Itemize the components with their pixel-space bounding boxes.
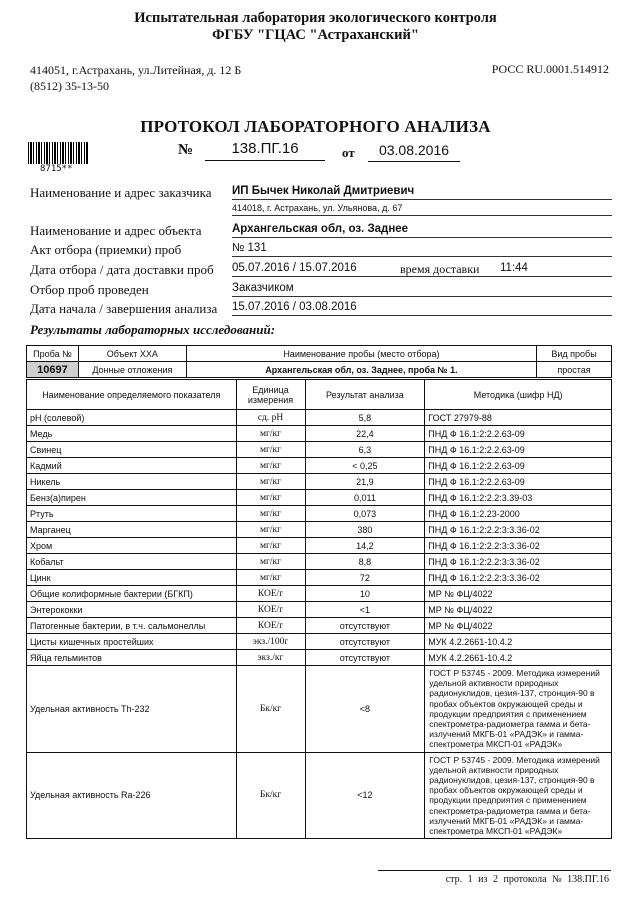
header-method: Методика (шифр НД) [425, 380, 612, 410]
lab-phone: (8512) 35-13-50 [30, 78, 241, 94]
parameter-cell: Удельная активность Ra-226 [27, 752, 237, 839]
unit-cell: мг/кг [236, 458, 305, 474]
parameter-cell: Кадмий [27, 458, 237, 474]
unit-cell: КОЕ/г [236, 602, 305, 618]
number-sign: № [178, 142, 193, 159]
header-sample-type: Вид пробы [537, 346, 612, 362]
parameter-cell: Никель [27, 474, 237, 490]
method-cell: ПНД Ф 16.1:2:2.2.63-09 [425, 474, 612, 490]
result-cell: 6,3 [305, 442, 425, 458]
table-row: Медьмг/кг22,4ПНД Ф 16.1:2:2.2.63-09 [27, 426, 612, 442]
customer-label: Наименование и адрес заказчика [30, 185, 212, 201]
parameter-cell: Патогенные бактерии, в т.ч. сальмонеллы [27, 618, 237, 634]
unit-cell: мг/кг [236, 554, 305, 570]
header-result: Результат анализа [305, 380, 425, 410]
parameter-cell: Медь [27, 426, 237, 442]
table-row: Ртутьмг/кг0,073ПНД Ф 16.1:2.23-2000 [27, 506, 612, 522]
parameter-cell: pH (солевой) [27, 410, 237, 426]
result-cell: 0,011 [305, 490, 425, 506]
unit-cell: Бк/кг [236, 666, 305, 753]
table-row: Цисты кишечных простейшихэкз./100готсутс… [27, 634, 612, 650]
delivery-time-value: 11:44 [500, 262, 528, 274]
result-cell: 380 [305, 522, 425, 538]
sample-type: простая [537, 362, 612, 378]
unit-cell: КОЕ/г [236, 586, 305, 602]
object-label: Наименование и адрес объекта [30, 223, 201, 239]
table-row: Удельная активность Ra-226Бк/кг<12ГОСТ Р… [27, 752, 612, 839]
results-title: Результаты лабораторных исследований: [30, 322, 275, 338]
unit-cell: мг/кг [236, 506, 305, 522]
analysis-dates-label: Дата начала / завершения анализа [30, 301, 217, 317]
table-row: Свинецмг/кг6,3ПНД Ф 16.1:2:2.2.63-09 [27, 442, 612, 458]
results-table: Наименование определяемого показателя Ед… [26, 379, 612, 839]
parameter-cell: Марганец [27, 522, 237, 538]
sampling-date-label: Дата отбора / дата доставки проб [30, 262, 214, 278]
unit-cell: экз./кг [236, 650, 305, 666]
accreditation-number: РОСС RU.0001.514912 [492, 62, 609, 77]
table-row: Марганецмг/кг380ПНД Ф 16.1:2:2.2:3:3.36-… [27, 522, 612, 538]
header-unit: Единица измерения [236, 380, 305, 410]
lab-name: Испытательная лаборатория экологического… [0, 10, 631, 27]
result-cell: 5,8 [305, 410, 425, 426]
parameter-cell: Свинец [27, 442, 237, 458]
header-sample-no: Проба № [27, 346, 79, 362]
table-row: Общие колиформные бактерии (БГКП)КОЕ/г10… [27, 586, 612, 602]
sample-number: 10697 [27, 362, 79, 378]
table-row: Цинкмг/кг72ПНД Ф 16.1:2:2.2:3:3.36-02 [27, 570, 612, 586]
method-cell: ПНД Ф 16.1:2:2.2.63-09 [425, 458, 612, 474]
method-cell: ПНД Ф 16.1:2:2.2:3:3.36-02 [425, 554, 612, 570]
parameter-cell: Ртуть [27, 506, 237, 522]
barcode-text: 8715** [40, 164, 73, 174]
method-cell: МУК 4.2.2661-10.4.2 [425, 634, 612, 650]
parameter-cell: Общие колиформные бактерии (БГКП) [27, 586, 237, 602]
result-cell: отсутствуют [305, 618, 425, 634]
method-cell: ГОСТ Р 53745 - 2009. Методика измерений … [425, 666, 612, 753]
table-row: Кадмиймг/кг< 0,25ПНД Ф 16.1:2:2.2.63-09 [27, 458, 612, 474]
result-cell: 22,4 [305, 426, 425, 442]
table-row: Удельная активность Th-232Бк/кг<8ГОСТ Р … [27, 666, 612, 753]
result-cell: 0,073 [305, 506, 425, 522]
result-cell: <1 [305, 602, 425, 618]
unit-cell: экз./100г [236, 634, 305, 650]
result-cell: отсутствуют [305, 650, 425, 666]
delivery-time-label: время доставки [400, 262, 479, 277]
result-cell: 10 [305, 586, 425, 602]
result-cell: <8 [305, 666, 425, 753]
lab-header: Испытательная лаборатория экологического… [0, 10, 631, 44]
unit-cell: сд. pH [236, 410, 305, 426]
unit-cell: мг/кг [236, 442, 305, 458]
results-header-row: Наименование определяемого показателя Ед… [27, 380, 612, 410]
table-row: pH (солевой)сд. pH5,8ГОСТ 27979-88 [27, 410, 612, 426]
parameter-cell: Кобальт [27, 554, 237, 570]
sample-header-row: Проба № Объект ХХА Наименование пробы (м… [27, 346, 612, 362]
lab-org: ФГБУ "ГЦАС "Астраханский" [0, 27, 631, 44]
parameter-cell: Энтерококки [27, 602, 237, 618]
unit-cell: мг/кг [236, 490, 305, 506]
protocol-date: 03.08.2016 [368, 142, 460, 162]
footer-divider [378, 870, 611, 871]
method-cell: МР № ФЦ/4022 [425, 602, 612, 618]
sampled-by-label: Отбор проб проведен [30, 282, 149, 298]
date-prefix: от [342, 145, 355, 161]
result-cell: 14,2 [305, 538, 425, 554]
page-footer: стр. 1 из 2 протокола № 138.ПГ.16 [446, 874, 609, 885]
parameter-cell: Удельная активность Th-232 [27, 666, 237, 753]
parameter-cell: Хром [27, 538, 237, 554]
header-parameter: Наименование определяемого показателя [27, 380, 237, 410]
unit-cell: мг/кг [236, 522, 305, 538]
table-row: Кобальтмг/кг8,8ПНД Ф 16.1:2:2.2:3:3.36-0… [27, 554, 612, 570]
parameter-cell: Бенз(а)пирен [27, 490, 237, 506]
analysis-dates-value: 15.07.2016 / 03.08.2016 [232, 301, 612, 316]
protocol-number: 138.ПГ.16 [205, 140, 325, 161]
method-cell: ПНД Ф 16.1:2:2.2:3:3.36-02 [425, 570, 612, 586]
result-cell: < 0,25 [305, 458, 425, 474]
customer-address: 414018, г. Астрахань, ул. Ульянова, д. 6… [232, 203, 612, 216]
unit-cell: мг/кг [236, 426, 305, 442]
result-cell: <12 [305, 752, 425, 839]
lab-address: 414051, г.Астрахань, ул.Литейная, д. 12 … [30, 62, 241, 78]
unit-cell: мг/кг [236, 570, 305, 586]
result-cell: 8,8 [305, 554, 425, 570]
method-cell: ГОСТ 27979-88 [425, 410, 612, 426]
barcode-icon [28, 142, 88, 164]
object-value: Архангельская обл, оз. Заднее [232, 223, 612, 238]
table-row: Патогенные бактерии, в т.ч. сальмонеллыК… [27, 618, 612, 634]
result-cell: отсутствуют [305, 634, 425, 650]
unit-cell: мг/кг [236, 474, 305, 490]
method-cell: ПНД Ф 16.1:2:2.2.63-09 [425, 442, 612, 458]
act-label: Акт отбора (приемки) проб [30, 242, 181, 258]
method-cell: ГОСТ Р 53745 - 2009. Методика измерений … [425, 752, 612, 839]
sampled-by-value: Заказчиком [232, 282, 612, 297]
method-cell: ПНД Ф 16.1:2:2.2:3:3.36-02 [425, 522, 612, 538]
parameter-cell: Цисты кишечных простейших [27, 634, 237, 650]
unit-cell: КОЕ/г [236, 618, 305, 634]
protocol-title: ПРОТОКОЛ ЛАБОРАТОРНОГО АНАЛИЗА [0, 117, 631, 137]
customer-name: ИП Бычек Николай Дмитриевич [232, 185, 612, 200]
sample-name: Архангельская обл, оз. Заднее, проба № 1… [186, 362, 536, 378]
table-row: ЭнтерококкиКОЕ/г<1МР № ФЦ/4022 [27, 602, 612, 618]
result-cell: 21,9 [305, 474, 425, 490]
method-cell: ПНД Ф 16.1:2:2.2:3:3.36-02 [425, 538, 612, 554]
result-cell: 72 [305, 570, 425, 586]
unit-cell: мг/кг [236, 538, 305, 554]
lab-contacts: 414051, г.Астрахань, ул.Литейная, д. 12 … [30, 62, 241, 94]
sample-table: Проба № Объект ХХА Наименование пробы (м… [26, 345, 612, 378]
unit-cell: Бк/кг [236, 752, 305, 839]
method-cell: МР № ФЦ/4022 [425, 618, 612, 634]
sample-object: Донные отложения [78, 362, 186, 378]
table-row: Яйца гельминтовэкз./кготсутствуютМУК 4.2… [27, 650, 612, 666]
table-row: Никельмг/кг21,9ПНД Ф 16.1:2:2.2.63-09 [27, 474, 612, 490]
table-row: Хроммг/кг14,2ПНД Ф 16.1:2:2.2:3:3.36-02 [27, 538, 612, 554]
parameter-cell: Цинк [27, 570, 237, 586]
method-cell: МУК 4.2.2661-10.4.2 [425, 650, 612, 666]
method-cell: МР № ФЦ/4022 [425, 586, 612, 602]
method-cell: ПНД Ф 16.1:2.23-2000 [425, 506, 612, 522]
header-object: Объект ХХА [78, 346, 186, 362]
method-cell: ПНД Ф 16.1:2:2.2:3.39-03 [425, 490, 612, 506]
sample-row: 10697 Донные отложения Архангельская обл… [27, 362, 612, 378]
method-cell: ПНД Ф 16.1:2:2.2.63-09 [425, 426, 612, 442]
parameter-cell: Яйца гельминтов [27, 650, 237, 666]
table-row: Бенз(а)пиренмг/кг0,011ПНД Ф 16.1:2:2.2:3… [27, 490, 612, 506]
act-value: № 131 [232, 242, 612, 257]
header-sample-name: Наименование пробы (место отбора) [186, 346, 536, 362]
